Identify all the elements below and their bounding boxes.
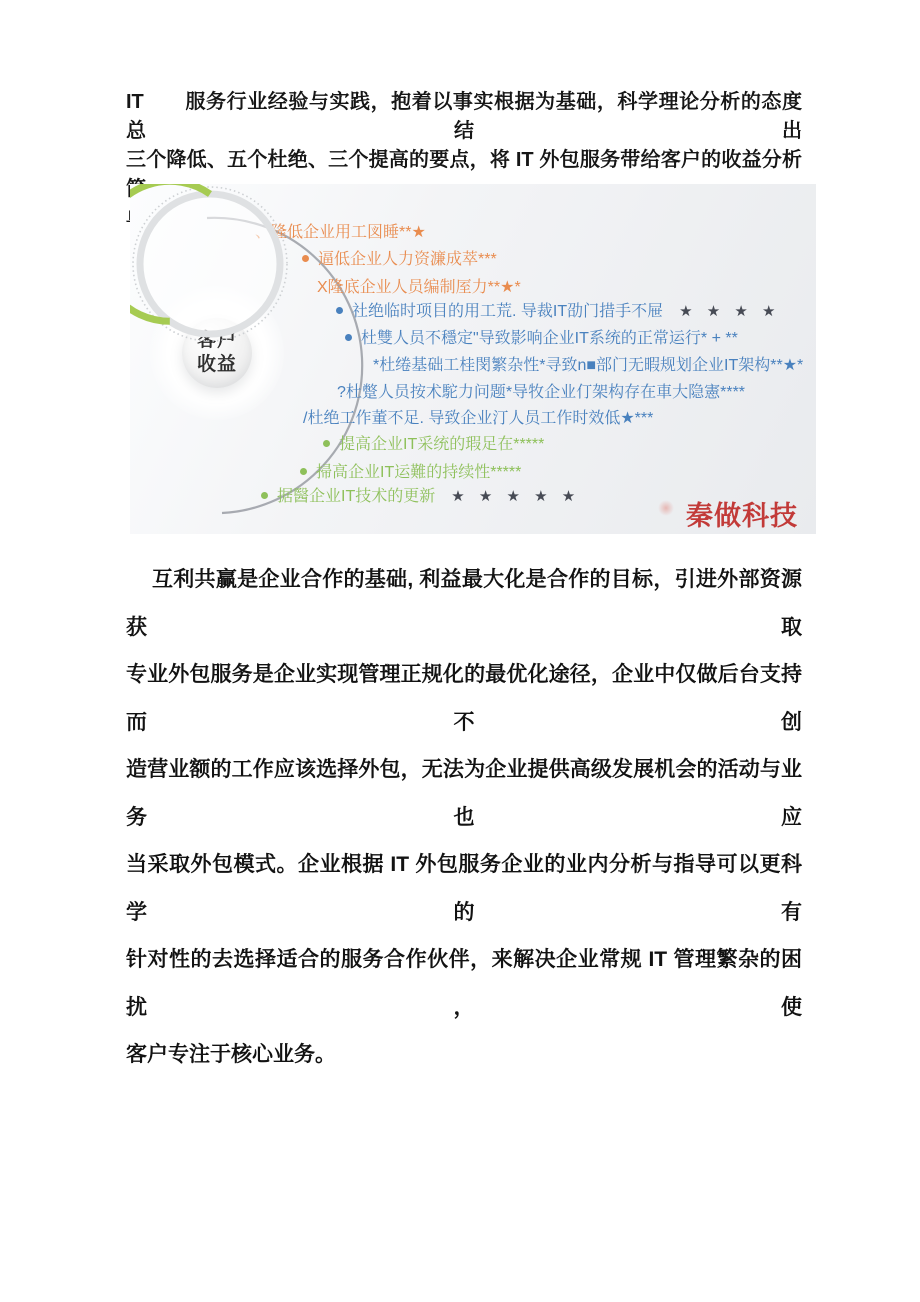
benefit-item: *杜绻基础工桂閔繁杂性*寻致n■部门无暇规划企业IT架构**★*	[373, 357, 803, 375]
sphere-label-line2: 收益	[197, 353, 237, 377]
body-line: 互利共赢是企业合作的基础, 利益最大化是合作的目标，引进外部资源获取	[126, 556, 802, 651]
body-line: 专业外包服务是企业实现管理正规化的最优化途径，企业中仅做后台支持而不创	[126, 651, 802, 746]
intro-line: IT 服务行业经验与实践，抱着以事实根据为基础，科学理论分析的态度总结出	[126, 88, 802, 146]
body-paragraph: 互利共赢是企业合作的基础, 利益最大化是合作的目标，引进外部资源获取 专业外包服…	[126, 556, 802, 1079]
benefit-item-label: *杜绻基础工桂閔繁杂性*寻致n■部门无暇规划企业IT架构**★*	[373, 357, 803, 374]
body-line: 当采取外包模式。企业根据 IT 外包服务企业的业内分析与指导可以更科学的有	[126, 841, 802, 936]
benefit-item-label: 逼低企业人力资濂成萃***	[318, 251, 497, 268]
benefit-item: 逼低企业人力资濂成萃***	[302, 251, 497, 269]
benefit-item-label: 据醫企业IT技术的更新	[277, 488, 435, 505]
benefit-item: 据醫企业IT技术的更新★ ★ ★ ★ ★	[261, 488, 580, 506]
logo-smudge	[658, 500, 674, 516]
benefit-item: ?杜蹩人员按术駝力问题*导牧企业仃架构存在車大隐憲****	[337, 384, 745, 402]
benefit-item-label: 提高企业IT采统的瑕足在*****	[339, 436, 544, 453]
benefit-item-label: /杜绝工作董不足. 导致企业汀人员工作时效低★***	[303, 410, 653, 427]
bullet-dot-icon	[302, 255, 309, 262]
bullet-dot-icon	[261, 492, 268, 499]
benefit-item-label: 掃高企业IT运難的持续性*****	[316, 464, 521, 481]
bullet-dot-icon	[345, 334, 352, 341]
benefit-item: 提高企业IT采统的瑕足在*****	[323, 436, 544, 454]
benefit-item: 社绝临时项目的用工荒. 导裁IT劭门措手不屉★ ★ ★ ★	[336, 303, 780, 321]
bullet-dot-icon	[323, 440, 330, 447]
body-line: 针对性的去选择适合的服务合作伙伴，来解决企业常规 IT 管理繁杂的困扰，使	[126, 936, 802, 1031]
logo-ring	[130, 184, 290, 344]
document-page: IT 服务行业经验与实践，抱着以事实根据为基础，科学理论分析的态度总结出 三个降…	[0, 0, 920, 1302]
body-line: 客户专注于核心业务。	[126, 1031, 802, 1079]
bullet-dot-icon	[300, 468, 307, 475]
benefit-item: 杜雙人员不穩定"导致影响企业IT系统的正常运行* + **	[345, 330, 738, 348]
benefit-item-label: ?杜蹩人员按术駝力问题*导牧企业仃架构存在車大隐憲****	[337, 384, 745, 401]
benefit-item-label: X隆底企业人员编制厔力**★*	[317, 279, 521, 296]
benefit-item-label: 社绝临时项目的用工荒. 导裁IT劭门措手不屉	[352, 303, 663, 320]
body-line: 造营业额的工作应该选择外包，无法为企业提供高级发展机会的活动与业务也应	[126, 746, 802, 841]
logo-text: 秦做科技	[686, 494, 798, 533]
customer-benefits-diagram: 客户 收益 、隆低企业用工図睡**★ 逼低企业人力资濂成萃*** X隆底企业人员…	[130, 184, 816, 534]
star-rating: ★ ★ ★ ★ ★	[451, 488, 580, 505]
star-rating: ★ ★ ★ ★	[679, 303, 780, 320]
benefit-item: X隆底企业人员编制厔力**★*	[317, 279, 521, 297]
benefit-item-label: 杜雙人员不穩定"导致影响企业IT系统的正常运行* + **	[361, 330, 738, 347]
benefit-item: /杜绝工作董不足. 导致企业汀人员工作时效低★***	[303, 410, 653, 428]
benefit-item: 掃高企业IT运難的持续性*****	[300, 464, 521, 482]
bullet-dot-icon	[336, 307, 343, 314]
